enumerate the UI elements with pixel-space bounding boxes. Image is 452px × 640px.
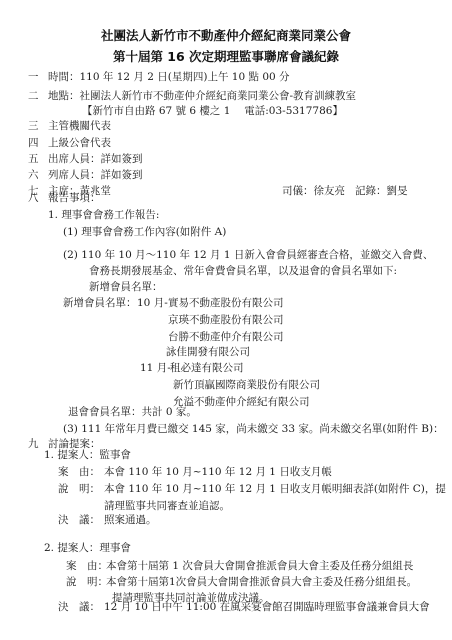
proposal-1-reason-label: 案 由： [58, 465, 100, 479]
section-number: 三 [28, 119, 39, 133]
section-number: 四 [28, 136, 39, 150]
member-entry: 新竹頂贏國際商業股份有限公司 [173, 378, 320, 392]
member-entry: 京瑛不動產股份有限公司 [168, 313, 284, 327]
document-title-org: 社團法人新竹市不動產仲介經紀商業同業公會 [0, 29, 452, 43]
report-sub-3: (3) 111 年常年月費已繳交 145 家，尚未繳交 33 家。尚未繳交名單(… [63, 422, 444, 436]
member-entry: 台勝不動產仲介有限公司 [168, 330, 284, 344]
meeting-location: 地點：社團法人新竹市不動產仲介經紀商業同業公會-教育訓練教室 [48, 89, 356, 103]
attendees: 出席人員：詳如簽到 [48, 152, 143, 166]
section-number: 八 [28, 191, 39, 205]
report-sub-2-line1: (2) 110 年 10 月～110 年 12 月 1 日新入會會員經審查合格，… [63, 248, 433, 262]
new-members-label: 新增會員名單： [63, 296, 137, 310]
emcee: 司儀：徐友亮 [282, 184, 345, 198]
section-number: 五 [28, 152, 39, 166]
proposal-2-header: 2. 提案人：理事會 [44, 541, 131, 555]
report-sub-2-line3: 新增會員名單： [89, 280, 163, 294]
report-sub-2-line2: 會務長期發展基金、常年會費會員名單，以及退會的會員名單如下: [89, 264, 397, 278]
authority-rep: 主管機關代表 [48, 119, 111, 133]
document-title-meeting: 第十屆第 16 次定期理監事聯席會議紀錄 [0, 50, 452, 64]
section-number: 二 [28, 89, 39, 103]
withdrawn-members: 退會會員名單：共計 0 家。 [68, 405, 197, 419]
report-item-1: 1. 理事會會務工作報告: [48, 208, 159, 222]
meeting-time: 時間：110 年 12 月 2 日(星期四)上午 10 點 00 分 [48, 70, 290, 84]
proposal-2-reason: 本會第十屆第 1 次會員大會開會推派會員大會主委及任務分組組長 [106, 559, 413, 573]
observers: 列席人員：詳如簽到 [48, 168, 143, 182]
upper-assoc-rep: 上級公會代表 [48, 136, 111, 150]
address-phone: 【新竹市自由路 67 號 6 樓之 1 電話:03-5317786】 [82, 104, 343, 118]
section-number: 一 [28, 70, 39, 84]
proposal-2-resolution: 12 月 10 日中午 11:00 在風采宴會館召開臨時理監事會議兼會員大會 [104, 600, 430, 614]
section-number: 九 [28, 437, 39, 451]
section-number: 六 [28, 168, 39, 182]
nov-label: 11 月- [140, 361, 171, 375]
oct-label: 10 月- [137, 296, 168, 310]
proposal-1-header: 1. 提案人：監事會 [44, 448, 131, 462]
proposal-1-resolution-label: 決 議： [58, 513, 100, 527]
proposal-1-desc-line1: 本會 110 年 10 月~110 年 12 月 1 日收支月帳明細表詳(如附件… [104, 482, 446, 496]
proposal-1-reason: 本會 110 年 10 月~110 年 12 月 1 日收支月帳 [104, 465, 332, 479]
proposal-1-desc-line2: 請理監事共同審查並追認。 [104, 499, 230, 513]
recorder: 記錄：劉旻 [355, 184, 408, 198]
member-entry: 詠佳開發有限公司 [166, 345, 250, 359]
proposal-2-desc-label: 說 明： [66, 575, 108, 589]
proposal-1-desc-label: 說 明： [58, 482, 100, 496]
proposal-2-desc-line1: 本會第十屆第1次會員大會開會推派會員大會主委及任務分組組長。 [106, 575, 417, 589]
report-heading: 報告事項： [48, 191, 101, 205]
proposal-1-resolution: 照案通過。 [104, 513, 157, 527]
proposal-2-reason-label: 案 由： [66, 559, 108, 573]
member-entry: 實易不動產股份有限公司 [168, 296, 284, 310]
proposal-2-resolution-label: 決 議： [58, 600, 100, 614]
member-entry: 租必達有限公司 [170, 361, 244, 375]
report-sub-1: (1) 理事會會務工作內容(如附件 A) [63, 225, 226, 239]
